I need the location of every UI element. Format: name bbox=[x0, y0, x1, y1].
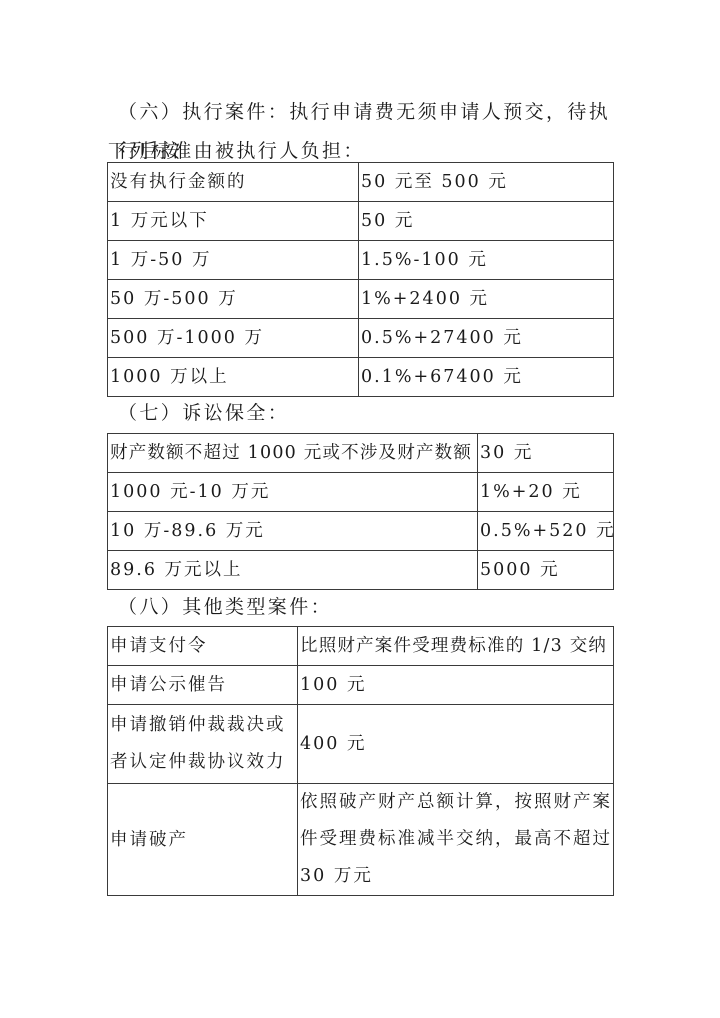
fee-cell: 比照财产案件受理费标准的 1/3 交纳 bbox=[298, 627, 614, 666]
execution-fee-table: 没有执行金额的50 元至 500 元 1 万元以下50 元 1 万-50 万1.… bbox=[107, 162, 614, 397]
fee-cell: 400 元 bbox=[298, 705, 614, 784]
table-row: 1000 元-10 万元1%+20 元 bbox=[108, 473, 614, 512]
type-cell: 申请破产 bbox=[108, 784, 298, 896]
table-row: 财产数额不超过 1000 元或不涉及财产数额30 元 bbox=[108, 434, 614, 473]
fee-cell: 0.1%+67400 元 bbox=[359, 358, 614, 397]
range-cell: 财产数额不超过 1000 元或不涉及财产数额 bbox=[108, 434, 478, 473]
table-row: 1 万-50 万1.5%-100 元 bbox=[108, 241, 614, 280]
range-cell: 500 万-1000 万 bbox=[108, 319, 359, 358]
fee-cell: 0.5%+27400 元 bbox=[359, 319, 614, 358]
range-cell: 89.6 万元以上 bbox=[108, 551, 478, 590]
fee-cell: 1%+20 元 bbox=[478, 473, 614, 512]
table-row: 没有执行金额的50 元至 500 元 bbox=[108, 163, 614, 202]
range-cell: 1000 万以上 bbox=[108, 358, 359, 397]
range-cell: 1 万-50 万 bbox=[108, 241, 359, 280]
other-cases-fee-table: 申请支付令比照财产案件受理费标准的 1/3 交纳 申请公示催告100 元 申请撤… bbox=[107, 626, 614, 896]
type-cell: 申请支付令 bbox=[108, 627, 298, 666]
table-row: 500 万-1000 万0.5%+27400 元 bbox=[108, 319, 614, 358]
fee-cell: 5000 元 bbox=[478, 551, 614, 590]
fee-cell: 100 元 bbox=[298, 666, 614, 705]
range-cell: 1000 元-10 万元 bbox=[108, 473, 478, 512]
fee-cell: 1%+2400 元 bbox=[359, 280, 614, 319]
fee-cell: 1.5%-100 元 bbox=[359, 241, 614, 280]
fee-cell: 0.5%+520 元 bbox=[478, 512, 614, 551]
range-cell: 没有执行金额的 bbox=[108, 163, 359, 202]
table-row: 申请公示催告100 元 bbox=[108, 666, 614, 705]
section7-heading: （七）诉讼保全： bbox=[118, 394, 623, 433]
table-row: 申请支付令比照财产案件受理费标准的 1/3 交纳 bbox=[108, 627, 614, 666]
type-cell: 申请公示催告 bbox=[108, 666, 298, 705]
table-row: 申请破产依照破产财产总额计算，按照财产案件受理费标准减半交纳，最高不超过 30 … bbox=[108, 784, 614, 896]
table-row: 89.6 万元以上5000 元 bbox=[108, 551, 614, 590]
table-row: 50 万-500 万1%+2400 元 bbox=[108, 280, 614, 319]
table-row: 1 万元以下50 元 bbox=[108, 202, 614, 241]
range-cell: 50 万-500 万 bbox=[108, 280, 359, 319]
preservation-fee-table: 财产数额不超过 1000 元或不涉及财产数额30 元 1000 元-10 万元1… bbox=[107, 433, 614, 590]
table-row: 10 万-89.6 万元0.5%+520 元 bbox=[108, 512, 614, 551]
fee-cell: 30 元 bbox=[478, 434, 614, 473]
table-row: 申请撤销仲裁裁决或者认定仲裁协议效力400 元 bbox=[108, 705, 614, 784]
fee-cell: 依照破产财产总额计算，按照财产案件受理费标准减半交纳，最高不超过 30 万元 bbox=[298, 784, 614, 896]
section8-heading: （八）其他类型案件： bbox=[118, 588, 623, 627]
fee-cell: 50 元 bbox=[359, 202, 614, 241]
type-cell: 申请撤销仲裁裁决或者认定仲裁协议效力 bbox=[108, 705, 298, 784]
fee-cell: 50 元至 500 元 bbox=[359, 163, 614, 202]
table-row: 1000 万以上0.1%+67400 元 bbox=[108, 358, 614, 397]
range-cell: 10 万-89.6 万元 bbox=[108, 512, 478, 551]
range-cell: 1 万元以下 bbox=[108, 202, 359, 241]
